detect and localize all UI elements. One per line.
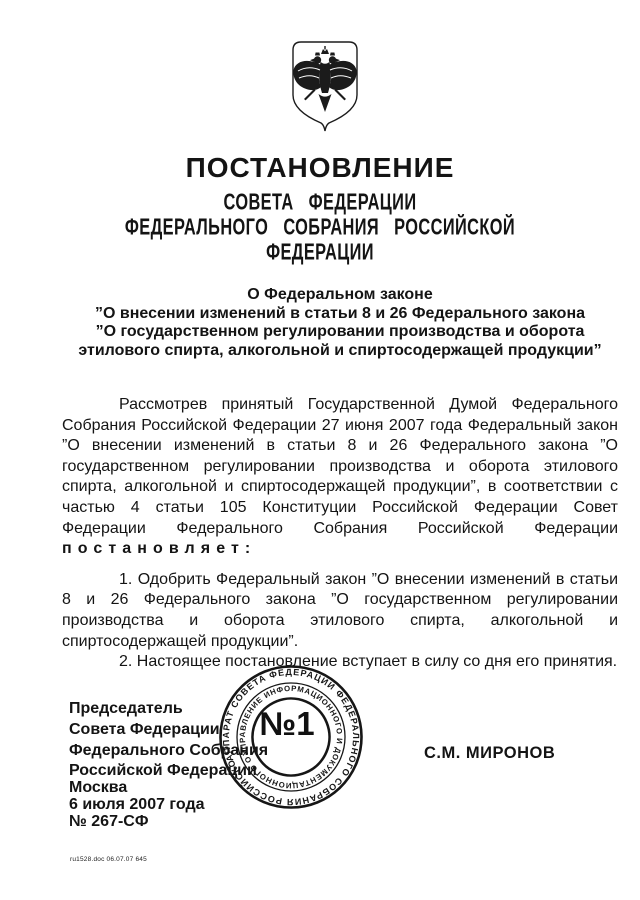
coat-of-arms-icon [285, 38, 365, 138]
subject-block: О Федеральном законе ”О внесении изменен… [62, 286, 618, 360]
document-number: № 267-СФ [69, 814, 205, 831]
preamble-paragraph: Рассмотрев принятый Государственной Думо… [62, 395, 618, 560]
resolve-word: постановляет: [62, 540, 256, 557]
issuer-line-2: ФЕДЕРАЛЬНОГО СОБРАНИЯ РОССИЙСКОЙ ФЕДЕРАЦ… [70, 215, 569, 265]
issue-block: Москва 6 июля 2007 года № 267-СФ [69, 780, 205, 830]
issue-date: 6 июля 2007 года [69, 797, 205, 814]
clause-1: 1. Одобрить Федеральный закон ”О внесени… [62, 570, 618, 652]
subject-line: ”О внесении изменений в статьи 8 и 26 Фе… [62, 305, 618, 324]
issuer-line-1: СОВЕТА ФЕДЕРАЦИИ [70, 190, 569, 215]
registry-stamp: АППАРАТ СОВЕТА ФЕДЕРАЦИИ ФЕДЕРАЛЬНОГО СО… [216, 662, 366, 812]
subject-line: ”О государственном регулировании произво… [62, 323, 618, 342]
file-note: ru1528.doc 06.07.07 645 [70, 856, 147, 863]
issue-city: Москва [69, 780, 205, 797]
subject-line: этилового спирта, алкогольной и спиртосо… [62, 342, 618, 361]
document-body: Рассмотрев принятый Государственной Думо… [62, 395, 618, 673]
stamp-number: №1 [259, 705, 314, 742]
resolution-document-page: ПОСТАНОВЛЕНИЕ СОВЕТА ФЕДЕРАЦИИ ФЕДЕРАЛЬН… [0, 0, 640, 900]
subject-line: О Федеральном законе [62, 286, 618, 305]
document-type-title: ПОСТАНОВЛЕНИЕ [0, 151, 640, 185]
signatory-name: С.М. МИРОНОВ [424, 744, 555, 763]
preamble-text: Рассмотрев принятый Государственной Думо… [62, 396, 618, 537]
